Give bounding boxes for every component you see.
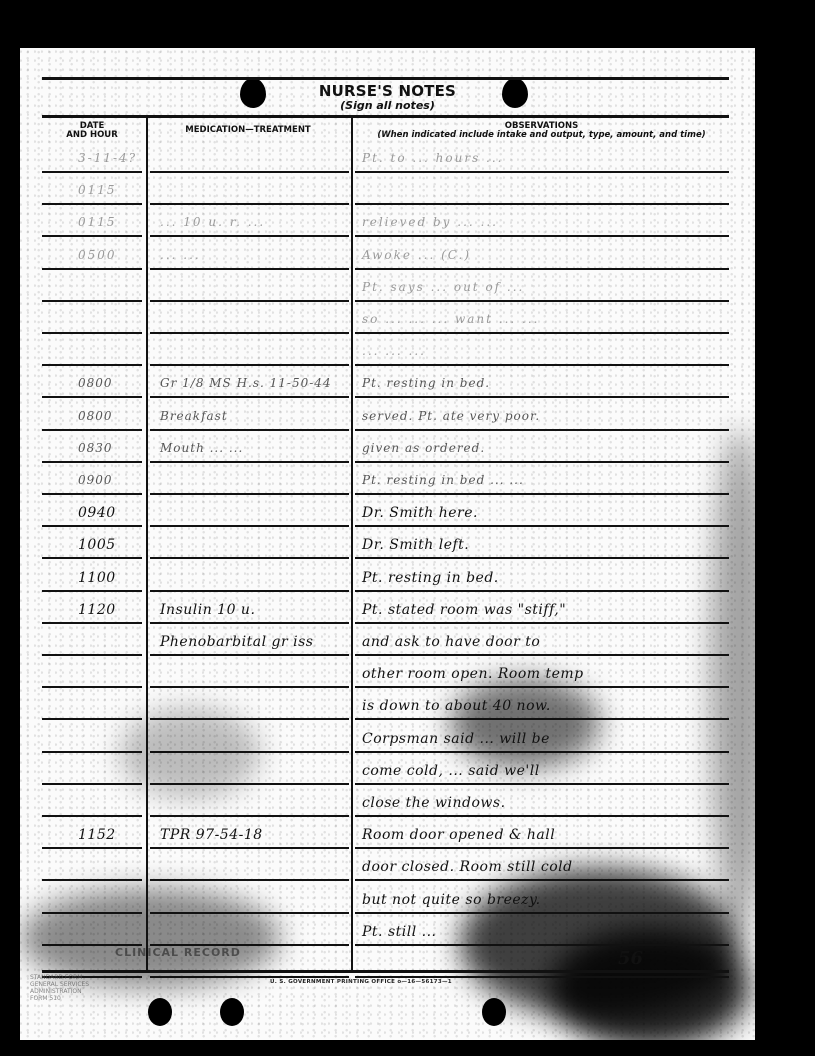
row-rule <box>42 557 142 559</box>
form-bottom-rule <box>42 970 729 973</box>
row-rule <box>355 879 729 881</box>
entry-medication: Insulin 10 u. <box>160 602 255 618</box>
smudge <box>20 888 280 988</box>
row-rule <box>42 203 142 205</box>
row-rule <box>150 300 349 302</box>
header-top-rule <box>42 77 729 80</box>
entry-observation: ... ... ... <box>362 344 426 358</box>
row-rule <box>355 525 729 527</box>
row-rule <box>42 751 142 753</box>
row-rule <box>150 686 349 688</box>
row-rule <box>355 783 729 785</box>
row-rule <box>355 493 729 495</box>
row-rule <box>355 622 729 624</box>
row-rule <box>150 429 349 431</box>
row-rule <box>355 718 729 720</box>
row-rule <box>355 235 729 237</box>
row-rule <box>150 847 349 849</box>
row-rule <box>150 815 349 817</box>
row-rule <box>355 171 729 173</box>
row-rule <box>355 429 729 431</box>
form-id-line: ADMINISTRATION <box>30 988 89 995</box>
row-rule <box>150 976 349 978</box>
row-rule <box>42 879 142 881</box>
row-rule <box>42 815 142 817</box>
row-rule <box>42 235 142 237</box>
page-number: 56 <box>618 948 643 969</box>
entry-observation: Corpsman said ... will be <box>362 731 550 747</box>
entry-observation: Pt. resting in bed ... ... <box>362 473 524 487</box>
row-rule <box>42 396 142 398</box>
row-rule <box>42 461 142 463</box>
form-subtitle: (Sign all notes) <box>20 99 755 112</box>
row-rule <box>355 686 729 688</box>
row-rule <box>355 300 729 302</box>
entry-observation: door closed. Room still cold <box>362 859 573 875</box>
entry-observation: so ... ... ... want ... ... <box>362 312 539 326</box>
form-id-line: GENERAL SERVICES <box>30 981 89 988</box>
row-rule <box>150 557 349 559</box>
row-rule <box>355 461 729 463</box>
entry-observation: close the windows. <box>362 795 506 811</box>
row-rule <box>42 493 142 495</box>
row-rule <box>42 590 142 592</box>
entry-medication: Phenobarbital gr iss <box>160 634 313 650</box>
row-rule <box>150 493 349 495</box>
row-rule <box>150 654 349 656</box>
form-id-block: STANDARD FORM GENERAL SERVICES ADMINISTR… <box>30 974 89 1002</box>
entry-observation: come cold, ... said we'll <box>362 763 540 779</box>
row-rule <box>150 461 349 463</box>
entry-date-hour: 1152 <box>78 827 116 843</box>
row-rule <box>42 654 142 656</box>
column-header-medication: MEDICATION—TREATMENT <box>148 126 348 135</box>
entry-observation: but not quite so breezy. <box>362 892 541 908</box>
entry-medication: ... ... <box>160 248 201 262</box>
entry-date-hour: 3-11-4? <box>78 151 137 165</box>
entry-date-hour: 0830 <box>78 441 113 455</box>
row-rule <box>355 203 729 205</box>
row-rule <box>355 815 729 817</box>
form-id-line: STANDARD FORM <box>30 974 89 981</box>
row-rule <box>355 590 729 592</box>
hour-label: AND HOUR <box>42 131 142 140</box>
row-rule <box>150 525 349 527</box>
entry-medication: Gr 1/8 MS H.s. 11-50-44 <box>160 376 332 390</box>
entry-observation: Pt. to ... hours ... <box>362 151 503 165</box>
row-rule <box>150 268 349 270</box>
punch-hole <box>148 998 172 1026</box>
row-rule <box>150 879 349 881</box>
row-rule <box>150 396 349 398</box>
entry-observation: Room door opened & hall <box>362 827 555 843</box>
entry-observation: Pt. resting in bed. <box>362 376 490 390</box>
row-rule <box>150 622 349 624</box>
row-rule <box>355 654 729 656</box>
entry-observation: Pt. stated room was "stiff," <box>362 602 566 618</box>
row-rule <box>42 332 142 334</box>
row-rule <box>150 718 349 720</box>
entry-medication: ... 10 u. r. ... <box>160 215 265 229</box>
entry-date-hour: 0115 <box>78 183 117 197</box>
entry-observation: Pt. still ... <box>362 924 437 940</box>
row-rule <box>355 847 729 849</box>
entry-medication: Mouth ... ... <box>160 441 243 455</box>
row-rule <box>42 686 142 688</box>
punch-hole <box>220 998 244 1026</box>
row-rule <box>150 203 349 205</box>
entry-observation: served. Pt. ate very poor. <box>362 409 540 423</box>
row-rule <box>42 268 142 270</box>
row-rule <box>355 364 729 366</box>
row-rule <box>42 622 142 624</box>
entry-date-hour: 1005 <box>78 537 116 553</box>
entry-observation: other room open. Room temp <box>362 666 584 682</box>
entry-date-hour: 0800 <box>78 409 113 423</box>
entry-observation: relieved by ... ... <box>362 215 498 229</box>
row-rule <box>150 751 349 753</box>
row-rule <box>42 525 142 527</box>
entry-date-hour: 0500 <box>78 248 117 262</box>
column-header-observations: OBSERVATIONS (When indicated include int… <box>354 122 729 140</box>
entry-date-hour: 0940 <box>78 505 116 521</box>
row-rule <box>150 364 349 366</box>
observations-note: (When indicated include intake and outpu… <box>354 131 729 140</box>
row-rule <box>150 171 349 173</box>
punch-hole <box>482 998 506 1026</box>
entry-date-hour: 0115 <box>78 215 117 229</box>
column-divider <box>146 115 148 970</box>
entry-medication: TPR 97-54-18 <box>160 827 263 843</box>
printing-office-line: U. S. GOVERNMENT PRINTING OFFICE o—16—56… <box>270 979 452 985</box>
row-rule <box>42 783 142 785</box>
entry-observation: is down to about 40 now. <box>362 698 551 714</box>
row-rule <box>150 590 349 592</box>
form-title: NURSE'S NOTES <box>20 82 755 100</box>
form-id-line: FORM 510 <box>30 995 89 1002</box>
entry-observation: Awoke ... (C.) <box>362 248 471 262</box>
row-rule <box>42 429 142 431</box>
entry-observation: given as ordered. <box>362 441 485 455</box>
row-rule <box>42 718 142 720</box>
entry-date-hour: 1120 <box>78 602 116 618</box>
row-rule <box>355 332 729 334</box>
entry-observation: Pt. says ... out of ... <box>362 280 524 294</box>
row-rule <box>355 268 729 270</box>
entry-observation: Dr. Smith left. <box>362 537 469 553</box>
entry-medication: Breakfast <box>160 409 228 423</box>
row-rule <box>355 396 729 398</box>
entry-date-hour: 0900 <box>78 473 113 487</box>
row-rule <box>150 332 349 334</box>
smudge <box>460 868 740 1018</box>
row-rule <box>42 300 142 302</box>
row-rule <box>42 847 142 849</box>
nurses-notes-page: NURSE'S NOTES (Sign all notes) DATE AND … <box>20 48 755 1040</box>
entry-observation: and ask to have door to <box>362 634 540 650</box>
row-rule <box>355 944 729 946</box>
clinical-record-label: CLINICAL RECORD <box>115 946 241 959</box>
row-rule <box>355 912 729 914</box>
row-rule <box>355 557 729 559</box>
column-divider <box>351 115 353 970</box>
row-rule <box>355 751 729 753</box>
row-rule <box>150 783 349 785</box>
entry-date-hour: 1100 <box>78 570 116 586</box>
row-rule <box>42 171 142 173</box>
smudge <box>450 678 600 768</box>
row-rule <box>150 912 349 914</box>
entry-observation: Dr. Smith here. <box>362 505 478 521</box>
row-rule <box>150 235 349 237</box>
row-rule <box>42 364 142 366</box>
entry-date-hour: 0800 <box>78 376 113 390</box>
row-rule <box>355 976 729 978</box>
row-rule <box>42 912 142 914</box>
column-header-date-hour: DATE AND HOUR <box>42 122 142 140</box>
entry-observation: Pt. resting in bed. <box>362 570 499 586</box>
smudge <box>710 428 755 928</box>
